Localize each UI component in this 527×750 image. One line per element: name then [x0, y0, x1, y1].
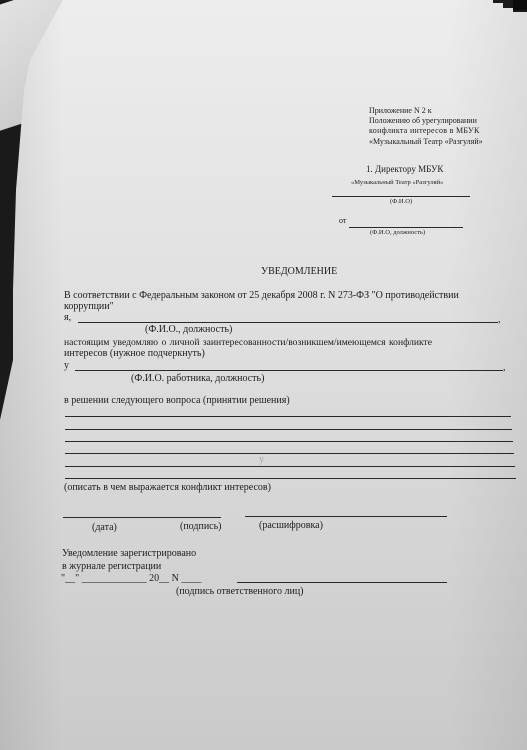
- notify-line-2: интересов (нужное подчеркнуть): [64, 348, 205, 360]
- from-fio-caption: (Ф.И.О, должность): [370, 229, 425, 237]
- signature-caption: (подпись): [180, 521, 222, 533]
- from-fio-field[interactable]: [349, 227, 463, 228]
- question-field-line-5[interactable]: [65, 466, 515, 467]
- question-field-line-6[interactable]: [65, 478, 516, 479]
- addressee-line-1: 1. Директору МБУК: [366, 164, 443, 174]
- comma: ,: [498, 314, 501, 326]
- question-field-line-4[interactable]: [65, 453, 514, 454]
- addressee-line-2: «Музыкальный Театр «Разгуляй»: [351, 179, 443, 187]
- from-label: от: [339, 216, 346, 226]
- responsible-signature-field[interactable]: [237, 582, 447, 583]
- i-fio-field[interactable]: [78, 322, 498, 323]
- responsible-caption: (подпись ответственного лиц): [176, 586, 304, 598]
- appendix-line-2: Положению об урегулировании: [369, 116, 477, 126]
- background-corner: [513, 0, 527, 10]
- decoding-field[interactable]: [245, 516, 447, 517]
- director-fio-caption: (Ф.И.О): [390, 198, 412, 206]
- date-caption: (дата): [92, 522, 117, 534]
- registration-date-field[interactable]: "__" _____________ 20__ N ____: [61, 573, 201, 585]
- appendix-line-4: «Музыкальный Театр «Разгуляй»: [369, 137, 483, 147]
- intro-line-1: В соответствии с Федеральным законом от …: [64, 290, 459, 302]
- i-label: я,: [64, 312, 71, 324]
- document-title: УВЕДОМЛЕНИЕ: [261, 266, 337, 278]
- question-label: в решении следующего вопроса (принятии р…: [64, 395, 290, 407]
- comma: ,: [503, 362, 506, 374]
- stray-mark: у: [259, 454, 264, 466]
- question-field-line-3[interactable]: [65, 441, 513, 442]
- director-fio-field[interactable]: [332, 196, 470, 197]
- question-field-line-1[interactable]: [65, 416, 511, 417]
- u-label: у: [64, 360, 69, 372]
- appendix-line-3: конфликта интересов в МБУК: [369, 126, 480, 136]
- registration-line-1: Уведомление зарегистрировано: [62, 548, 196, 560]
- appendix-line-1: Приложение N 2 к: [369, 106, 432, 116]
- registration-line-2: в журнале регистрации: [62, 561, 161, 573]
- i-fio-caption: (Ф.И.О., должность): [145, 324, 232, 336]
- u-fio-caption: (Ф.И.О. работника, должность): [131, 373, 264, 385]
- describe-caption: (описать в чем выражается конфликт интер…: [64, 482, 271, 494]
- decoding-caption: (расшифровка): [259, 520, 323, 532]
- question-field-line-2[interactable]: [65, 429, 512, 430]
- date-signature-field[interactable]: [63, 517, 221, 518]
- intro-line-2: коррупции": [64, 301, 114, 313]
- u-fio-field[interactable]: [75, 370, 503, 371]
- document-sheet: Приложение N 2 к Положению об урегулиров…: [0, 0, 527, 750]
